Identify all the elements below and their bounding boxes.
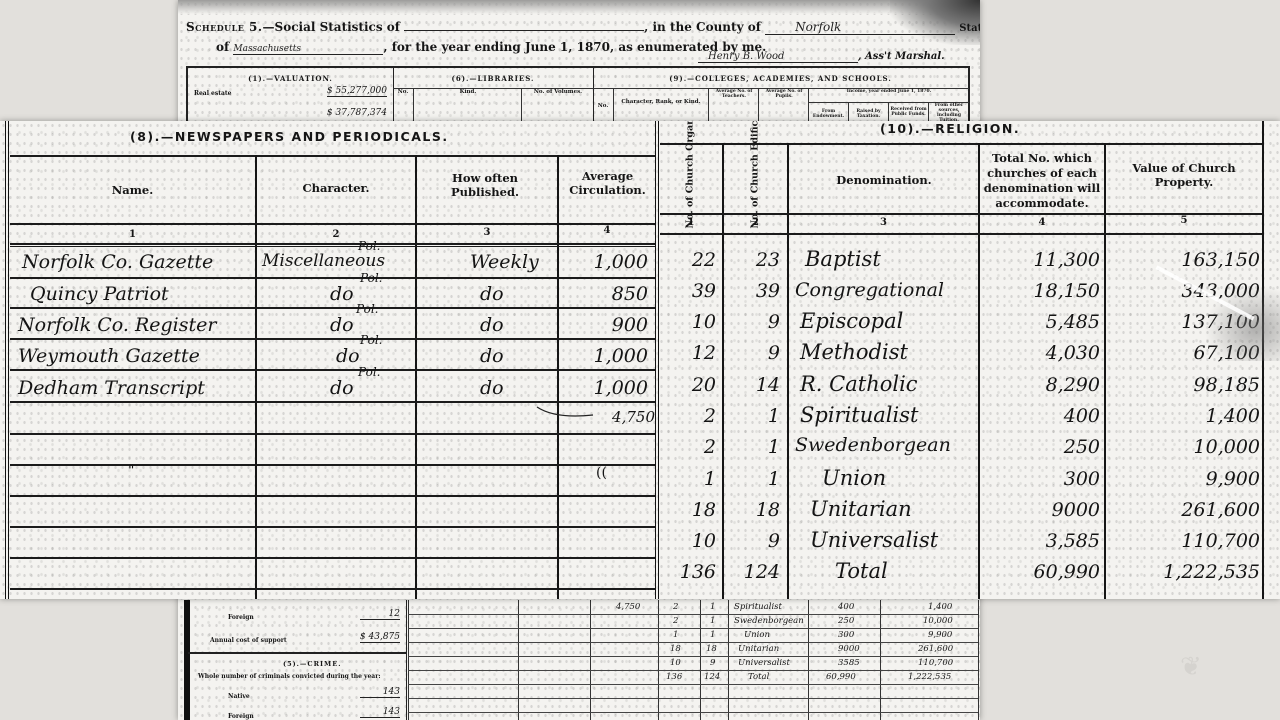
lower-accommodate: 300 [838, 630, 854, 640]
left-border [5, 121, 9, 599]
accommodation: 5,485 [982, 311, 1100, 333]
col-header-character: Character. [257, 181, 415, 195]
church-organizations: 39 [662, 280, 716, 302]
accommodation: 18,150 [982, 280, 1100, 302]
property-value: 163,150 [1108, 249, 1260, 271]
political-note: Pol. [360, 271, 382, 285]
denomination: Baptist [805, 247, 881, 271]
col-header-name: Name. [10, 183, 255, 197]
newspaper-character: do [330, 377, 354, 399]
state-line: of Massachusetts, for the year ending Ju… [216, 40, 766, 55]
accommodation: 250 [982, 436, 1100, 458]
col-num: 3 [789, 217, 978, 228]
marshal-name: Henry B. Wood [698, 51, 858, 63]
lower-denomination: Swedenborgean [734, 616, 804, 626]
col-num: 5 [1106, 215, 1262, 226]
schedule-heading: Schedule 5.—Social Statistics of , in th… [186, 20, 980, 35]
lower-denomination: Total [748, 672, 769, 682]
col-num: 4 [980, 217, 1104, 228]
religion-title: (10).—RELIGION. [880, 121, 1020, 136]
header-rule [10, 246, 655, 247]
divider [188, 652, 406, 654]
lower-accommodate: 3585 [838, 658, 860, 668]
denomination: Union [822, 466, 886, 490]
newspaper-character: do [330, 314, 354, 336]
total-accommodation: 60,990 [982, 561, 1100, 583]
col-header-frequency: How often Published. [430, 171, 540, 199]
church-edifices: 9 [726, 342, 780, 364]
row-rule [10, 557, 655, 559]
col-num: 2 [724, 217, 787, 228]
newspaper-circulation: 1,000 [560, 251, 648, 273]
county-value: Norfolk [765, 20, 955, 35]
newspaper-character: do [336, 345, 360, 367]
newspaper-frequency: do [480, 345, 504, 367]
newspaper-name: Norfolk Co. Register [18, 314, 216, 336]
property-value: 261,600 [1108, 499, 1260, 521]
church-edifices: 9 [726, 530, 780, 552]
state-label: State [959, 23, 980, 34]
crime-native-label: Native [228, 693, 250, 700]
newspaper-name: Quincy Patriot [30, 283, 169, 305]
newspaper-frequency: do [480, 314, 504, 336]
church-edifices: 1 [726, 436, 780, 458]
schedule-label: Schedule 5. [186, 20, 263, 34]
church-organizations: 12 [662, 342, 716, 364]
row-rule [10, 338, 655, 340]
row-rule [10, 526, 655, 528]
lower-orgs: 2 [673, 602, 678, 612]
church-edifices: 23 [726, 249, 780, 271]
accommodation: 300 [982, 468, 1100, 490]
political-note: Pol. [356, 302, 378, 316]
property-value: 110,700 [1108, 530, 1260, 552]
top-statistics-table: (1).—VALUATION. Real estate $ 55,277,000… [186, 66, 970, 128]
accommodation: 9000 [982, 499, 1100, 521]
row-rule [10, 433, 655, 435]
libraries-section: (6).—LIBRARIES. No. Kind. No. of Volumes… [393, 68, 594, 128]
annual-cost-value: $ 43,875 [360, 632, 400, 643]
lower-religion-table: 4,750 2 1 Spiritualist 400 1,400 2 1 Swe… [408, 600, 978, 720]
lower-edifices: 124 [704, 672, 720, 682]
col-header-circulation: Average Circulation. [560, 169, 655, 197]
lower-value: 9,900 [928, 630, 952, 640]
pauperism-crime-section: Foreign 12 Annual cost of support $ 43,8… [188, 600, 407, 720]
lower-orgs: 18 [670, 644, 681, 654]
col-divider [787, 143, 789, 599]
crime-subtitle: Whole number of criminals convicted duri… [198, 673, 381, 680]
denomination: Swedenborgean [795, 434, 951, 456]
church-organizations: 10 [662, 311, 716, 333]
title-prefix: —Social Statistics of [263, 20, 400, 34]
lower-edifices: 1 [710, 616, 715, 626]
col-header-value: Value of Church Property. [1106, 161, 1262, 189]
lower-orgs: 10 [670, 658, 681, 668]
church-edifices: 18 [726, 499, 780, 521]
binding-bar [184, 600, 190, 720]
col-divider [722, 143, 724, 599]
lower-denomination: Unitarian [738, 644, 779, 654]
col-num: 3 [417, 227, 557, 238]
ditto-mark: " [128, 463, 134, 479]
row-rule [10, 277, 655, 279]
real-estate-label: Real estate [194, 90, 232, 97]
newspapers-title: (8).—NEWSPAPERS AND PERIODICALS. [130, 129, 449, 144]
valuation-section: (1).—VALUATION. Real estate $ 55,277,000… [188, 68, 394, 128]
pauper-foreign-value: 12 [360, 609, 400, 620]
lower-circ-total: 4,750 [616, 602, 640, 612]
denomination: Unitarian [810, 497, 912, 521]
newspaper-name: Norfolk Co. Gazette [22, 251, 213, 273]
real-estate-value: $ 55,277,000 [327, 86, 387, 97]
denomination: Methodist [800, 340, 908, 364]
lower-accommodate: 250 [838, 616, 854, 626]
personal-estate-value: $ 37,787,374 [327, 108, 387, 118]
of-label: of [216, 40, 229, 54]
col-header-accommodate: Total No. which churches of each denomin… [982, 151, 1102, 211]
paper-damage [1200, 281, 1280, 361]
zoomed-census-inset: (8).—NEWSPAPERS AND PERIODICALS. Name. C… [0, 121, 1280, 599]
col-divider [255, 155, 257, 599]
property-value: 98,185 [1108, 374, 1260, 396]
accommodation: 8,290 [982, 374, 1100, 396]
row-rule [10, 464, 655, 466]
row-rule [10, 588, 655, 590]
crime-foreign-label: Foreign [228, 713, 254, 720]
church-edifices: 14 [726, 374, 780, 396]
center-divider [655, 121, 659, 599]
lower-orgs: 2 [673, 616, 678, 626]
col-divider [415, 155, 417, 599]
newspaper-circulation: 900 [560, 314, 648, 336]
political-note: Pol. [358, 239, 380, 253]
denomination: Episcopal [800, 309, 903, 333]
lower-accommodate: 60,990 [826, 672, 856, 682]
col-num: 2 [257, 229, 415, 240]
accommodation: 3,585 [982, 530, 1100, 552]
church-edifices: 1 [726, 468, 780, 490]
property-value: 1,400 [1108, 405, 1260, 427]
pauper-foreign-label: Foreign [228, 614, 254, 621]
colleges-title: (9).—COLLEGES, ACADEMIES, AND SCHOOLS. [593, 68, 968, 83]
newspaper-circulation: 850 [560, 283, 648, 305]
church-edifices: 9 [726, 311, 780, 333]
col-divider [557, 155, 559, 599]
political-note: Pol. [358, 365, 380, 379]
lower-edifices: 18 [706, 644, 717, 654]
newspaper-frequency: do [480, 377, 504, 399]
row-rule [10, 369, 655, 371]
church-edifices: 39 [726, 280, 780, 302]
lower-orgs: 1 [673, 630, 678, 640]
lower-accommodate: 400 [838, 602, 854, 612]
total-label: Total [835, 559, 888, 583]
lower-value: 1,400 [928, 602, 952, 612]
church-organizations: 20 [662, 374, 716, 396]
header-rule [10, 243, 655, 245]
newspaper-circulation: 1,000 [560, 377, 648, 399]
blank-line [404, 30, 644, 31]
church-organizations: 2 [662, 436, 716, 458]
newspaper-character: do [330, 283, 354, 305]
total-organizations: 136 [662, 561, 716, 583]
property-value: 9,900 [1108, 468, 1260, 490]
col-num: 1 [10, 229, 255, 240]
marshal-line: Henry B. Wood, Ass't Marshal. [698, 48, 945, 63]
denomination: Congregational [795, 279, 944, 301]
row-rule [10, 495, 655, 497]
state-value: Massachusetts [233, 44, 383, 55]
denomination: Universalist [810, 528, 938, 552]
church-edifices: 1 [726, 405, 780, 427]
col-header-denomination: Denomination. [790, 173, 978, 187]
marshal-label: , Ass't Marshal. [858, 51, 945, 62]
political-note: Pol. [360, 333, 382, 347]
total-edifices: 124 [726, 561, 780, 583]
church-organizations: 18 [662, 499, 716, 521]
church-organizations: 10 [662, 530, 716, 552]
county-label: , in the County of [644, 20, 761, 34]
lower-edifices: 9 [710, 658, 715, 668]
colleges-col-income: Income, year ended June 1, 1870. [808, 88, 969, 103]
accommodation: 11,300 [982, 249, 1100, 271]
church-organizations: 2 [662, 405, 716, 427]
lower-accommodate: 9000 [838, 644, 860, 654]
crime-foreign-value: 143 [360, 707, 400, 718]
row-rule [10, 307, 655, 309]
libraries-title: (6).—LIBRARIES. [393, 68, 593, 83]
lower-denomination: Union [744, 630, 770, 640]
lower-edifices: 1 [710, 602, 715, 612]
property-value: 10,000 [1108, 436, 1260, 458]
scan-shadow [178, 0, 980, 14]
bracket-stroke [535, 401, 595, 421]
valuation-title: (1).—VALUATION. [188, 68, 393, 83]
newspaper-frequency: Weekly [470, 251, 539, 273]
lower-value: 261,600 [918, 644, 953, 654]
crime-native-value: 143 [360, 687, 400, 698]
col-divider [978, 143, 980, 599]
lower-value: 110,700 [918, 658, 953, 668]
newspaper-name: Dedham Transcript [18, 377, 205, 399]
newspaper-circulation: 1,000 [560, 345, 648, 367]
newspaper-frequency: do [480, 283, 504, 305]
col-num: 1 [660, 217, 722, 228]
col-divider [1104, 143, 1106, 599]
lower-denomination: Spiritualist [734, 602, 782, 612]
ditto-mark: (( [596, 465, 607, 481]
denomination: R. Catholic [800, 372, 918, 396]
total-property-value: 1,222,535 [1108, 561, 1260, 583]
lower-value: 1,222,535 [908, 672, 951, 682]
col-num: 4 [559, 225, 655, 236]
colleges-section: (9).—COLLEGES, ACADEMIES, AND SCHOOLS. N… [593, 68, 968, 128]
header-rule [660, 233, 1262, 235]
annual-cost-label: Annual cost of support [210, 637, 287, 644]
leaf-logo-icon: ❦ [1180, 652, 1202, 682]
lower-value: 10,000 [923, 616, 953, 626]
newspaper-character: Miscellaneous [262, 251, 385, 271]
crime-title: (5).—CRIME. [283, 660, 341, 668]
lower-denomination: Universalist [738, 658, 790, 668]
accommodation: 400 [982, 405, 1100, 427]
denomination: Spiritualist [800, 403, 918, 427]
accommodation: 4,030 [982, 342, 1100, 364]
church-organizations: 22 [662, 249, 716, 271]
lower-orgs: 136 [666, 672, 682, 682]
newspaper-name: Weymouth Gazette [18, 345, 200, 367]
lower-edifices: 1 [710, 630, 715, 640]
church-organizations: 1 [662, 468, 716, 490]
